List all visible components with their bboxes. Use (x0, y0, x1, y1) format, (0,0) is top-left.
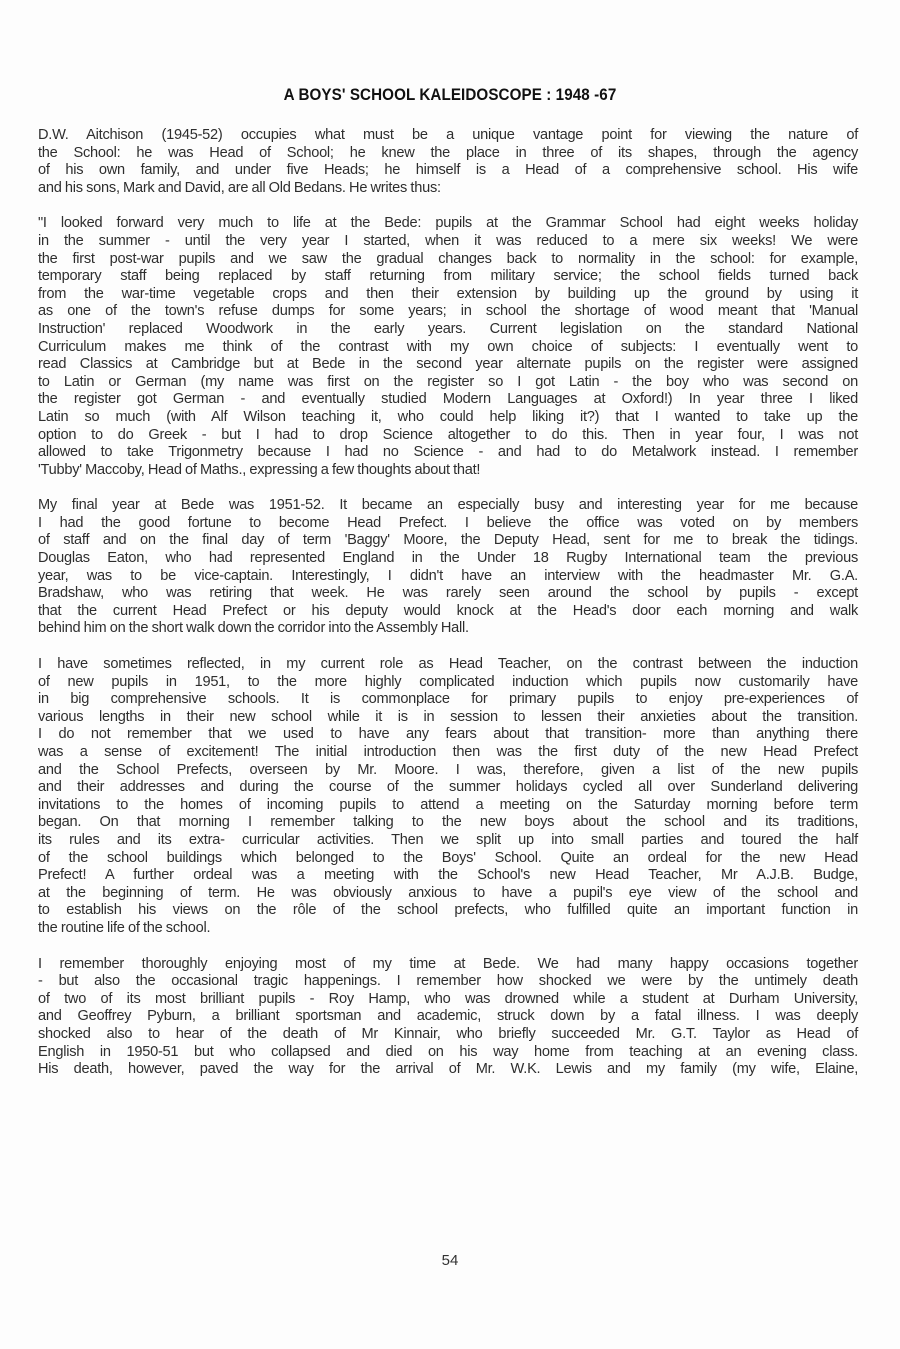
text-line: the first post-war pupils and we saw the… (38, 251, 858, 269)
text-line: in big comprehensive schools. It is comm… (38, 691, 858, 709)
text-line: in the summer - until the very year I st… (38, 233, 858, 251)
text-line: shocked also to hear of the death of Mr … (38, 1026, 858, 1044)
text-line: that the current Head Prefect or his dep… (38, 603, 858, 621)
text-line: of new pupils in 1951, to the more highl… (38, 674, 858, 692)
text-line: option to do Greek - but I had to drop S… (38, 427, 858, 445)
paragraph: I remember thoroughly enjoying most of m… (38, 956, 858, 1079)
text-line: its rules and its extra- curricular acti… (38, 832, 858, 850)
text-line: to Latin or German (my name was first on… (38, 374, 858, 392)
text-line: I have sometimes reflected, in my curren… (38, 656, 858, 674)
paragraph: "I looked forward very much to life at t… (38, 215, 858, 479)
text-line: "I looked forward very much to life at t… (38, 215, 858, 233)
text-line: invitations to the homes of incoming pup… (38, 797, 858, 815)
text-line: Latin so much (with Alf Wilson teaching … (38, 409, 858, 427)
paragraph: D.W. Aitchison (1945-52) occupies what m… (38, 127, 858, 197)
text-line: and Geoffrey Pyburn, a brilliant sportsm… (38, 1008, 858, 1026)
text-line: year, was to be vice-captain. Interestin… (38, 568, 858, 586)
text-line: and their addresses and during the cours… (38, 779, 858, 797)
page-number: 54 (0, 1252, 900, 1269)
text-line: from the war-time vegetable crops and th… (38, 286, 858, 304)
text-line: Prefect! A further ordeal was a meeting … (38, 867, 858, 885)
text-line: My final year at Bede was 1951-52. It be… (38, 497, 858, 515)
text-line: temporary staff being replaced by staff … (38, 268, 858, 286)
text-line: Instruction' replaced Woodwork in the ea… (38, 321, 858, 339)
document-body: D.W. Aitchison (1945-52) occupies what m… (38, 127, 858, 1097)
text-line: D.W. Aitchison (1945-52) occupies what m… (38, 127, 858, 145)
text-line: and his sons, Mark and David, are all Ol… (38, 180, 858, 198)
text-line: 'Tubby' Maccoby, Head of Maths., express… (38, 462, 858, 480)
paragraph: My final year at Bede was 1951-52. It be… (38, 497, 858, 638)
text-line: began. On that morning I remember talkin… (38, 814, 858, 832)
text-line: the School: he was Head of School; he kn… (38, 145, 858, 163)
text-line: - but also the occasional tragic happeni… (38, 973, 858, 991)
text-line: English in 1950-51 but who collapsed and… (38, 1044, 858, 1062)
text-line: of the school buildings which belonged t… (38, 850, 858, 868)
text-line: was a sense of excitement! The initial i… (38, 744, 858, 762)
text-line: and the School Prefects, overseen by Mr.… (38, 762, 858, 780)
paragraph: I have sometimes reflected, in my curren… (38, 656, 858, 938)
text-line: various lengths in their new school whil… (38, 709, 858, 727)
text-line: Douglas Eaton, who had represented Engla… (38, 550, 858, 568)
text-line: I had the good fortune to become Head Pr… (38, 515, 858, 533)
document-page: A BOYS' SCHOOL KALEIDOSCOPE : 1948 -67 D… (0, 0, 900, 1349)
text-line: behind him on the short walk down the co… (38, 620, 858, 638)
text-line: His death, however, paved the way for th… (38, 1061, 858, 1079)
text-line: to establish his views on the rôle of th… (38, 902, 858, 920)
text-line: of staff and on the final day of term 'B… (38, 532, 858, 550)
text-line: the register got German - and eventually… (38, 391, 858, 409)
text-line: read Classics at Cambridge but at Bede i… (38, 356, 858, 374)
text-line: allowed to take Trigonmetry because I ha… (38, 444, 858, 462)
text-line: of his own family, and under five Heads;… (38, 162, 858, 180)
text-line: as one of the town's refuse dumps for so… (38, 303, 858, 321)
text-line: of two of its most brilliant pupils - Ro… (38, 991, 858, 1009)
page-title: A BOYS' SCHOOL KALEIDOSCOPE : 1948 -67 (36, 86, 864, 105)
text-line: I do not remember that we used to have a… (38, 726, 858, 744)
text-line: the routine life of the school. (38, 920, 858, 938)
text-line: Curriculum makes me think of the contras… (38, 339, 858, 357)
text-line: Bradshaw, who was retiring that week. He… (38, 585, 858, 603)
text-line: I remember thoroughly enjoying most of m… (38, 956, 858, 974)
text-line: at the beginning of term. He was obvious… (38, 885, 858, 903)
